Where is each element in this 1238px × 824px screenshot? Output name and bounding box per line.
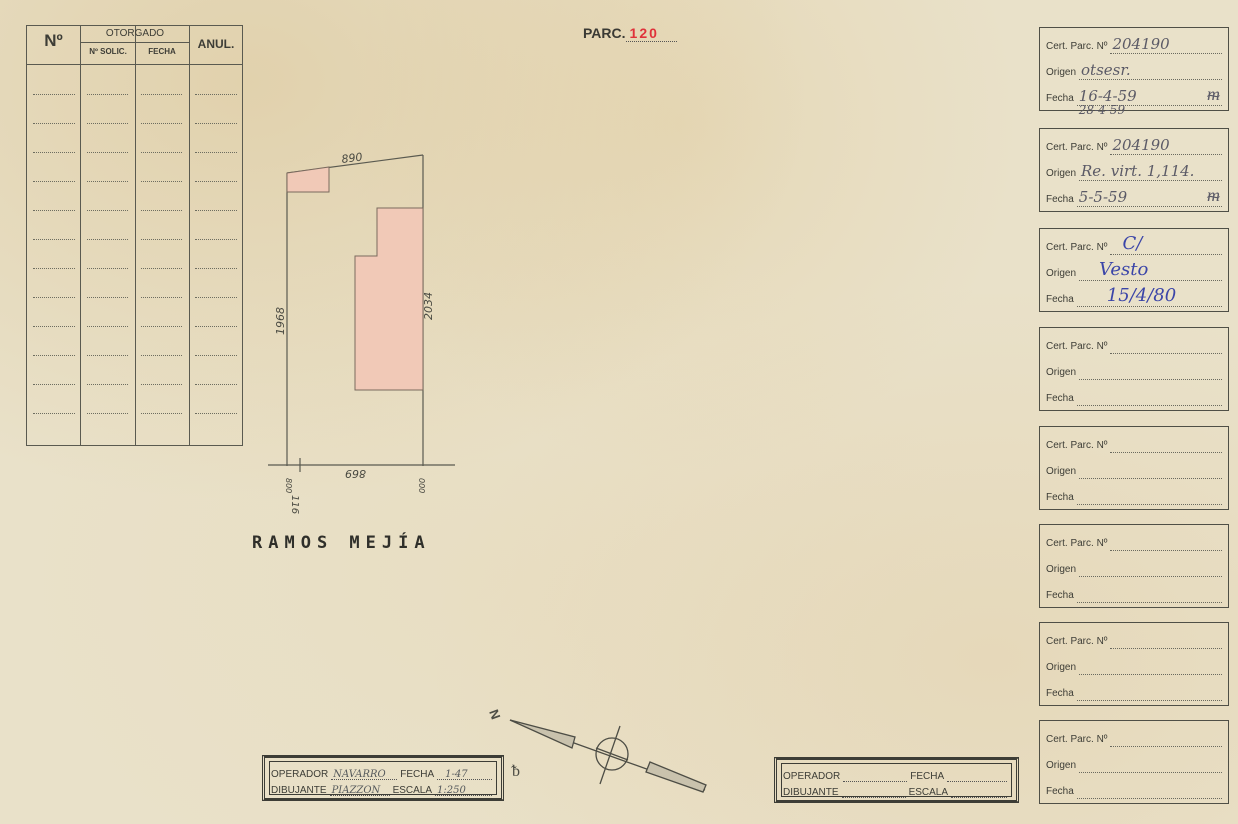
fecha-value: 5-5-59	[1079, 188, 1127, 206]
origen-field[interactable]	[1079, 656, 1222, 675]
certificate-box-8: Cert. Parc. Nº Origen Fecha	[1039, 720, 1229, 804]
origen-field[interactable]: Vesto	[1079, 262, 1222, 281]
origen-field[interactable]	[1079, 460, 1222, 479]
fecha-label: Fecha	[1046, 93, 1074, 106]
escala-label: ESCALA	[393, 785, 432, 796]
origen-field[interactable]: Re. virt. 1,114.	[1079, 162, 1222, 181]
fecha-field[interactable]	[1077, 682, 1222, 701]
dibujante-field[interactable]	[842, 783, 906, 798]
building-small	[287, 167, 329, 192]
fecha-label: Fecha	[1046, 492, 1074, 505]
fecha-field[interactable]	[1077, 780, 1222, 799]
operador-label: OPERADOR	[271, 769, 328, 780]
certificate-box-1: Cert. Parc. Nº 204190 Origen otsesr. Fec…	[1039, 27, 1229, 111]
certificate-box-6: Cert. Parc. Nº Origen Fecha	[1039, 524, 1229, 608]
origen-value: Vesto	[1099, 259, 1148, 280]
cert-number-label: Cert. Parc. Nº	[1046, 734, 1107, 747]
fecha-label: Fecha	[1046, 590, 1074, 603]
fecha-field[interactable]	[1077, 486, 1222, 505]
cert-number-field[interactable]	[1110, 434, 1222, 453]
cert-number-label: Cert. Parc. Nº	[1046, 242, 1107, 255]
operador-label: OPERADOR	[783, 771, 840, 782]
dim-bottom-left-mark: 800	[284, 478, 293, 493]
fecha-field[interactable]	[1077, 584, 1222, 603]
operador-field: NAVARRO	[331, 765, 397, 780]
operador-value: NAVARRO	[333, 769, 386, 780]
fecha-field[interactable]: 16-4-5928-4-59ᵯ	[1077, 87, 1222, 106]
cert-number-label: Cert. Parc. Nº	[1046, 142, 1107, 155]
fecha-field[interactable]	[1077, 387, 1222, 406]
fecha-label: Fecha	[1046, 688, 1074, 701]
fecha-field[interactable]: 5-5-59ᵯ	[1077, 188, 1222, 207]
fecha-field: 1-47	[437, 765, 492, 780]
dim-corner-offset: 116	[289, 495, 300, 514]
svg-text:N: N	[486, 707, 503, 721]
fecha-value: 15/4/80	[1107, 285, 1176, 306]
certificate-box-3: Cert. Parc. Nº C/ Origen Vesto Fecha 15/…	[1039, 228, 1229, 312]
cert-number-value: 204190	[1112, 136, 1169, 154]
cert-number-field[interactable]	[1110, 630, 1222, 649]
cert-number-label: Cert. Parc. Nº	[1046, 41, 1107, 54]
cert-number-field[interactable]	[1110, 335, 1222, 354]
certificate-box-5: Cert. Parc. Nº Origen Fecha	[1039, 426, 1229, 510]
cert-number-label: Cert. Parc. Nº	[1046, 341, 1107, 354]
escala-label: ESCALA	[909, 787, 948, 798]
dim-bottom-frontage: 869	[345, 467, 366, 480]
origen-value: Re. virt. 1,114.	[1081, 162, 1194, 180]
locality-label: RAMOS MEJÍA	[252, 533, 431, 553]
fecha-field[interactable]	[947, 767, 1007, 782]
cert-number-field[interactable]	[1110, 728, 1222, 747]
origen-label: Origen	[1046, 466, 1076, 479]
escala-field: 1:250	[435, 781, 492, 796]
dim-left-depth: 1968	[274, 307, 287, 335]
building-main	[355, 208, 423, 390]
dibujante-label: DIBUJANTE	[271, 785, 327, 796]
origen-label: Origen	[1046, 367, 1076, 380]
operator-box-empty: OPERADOR FECHA DIBUJANTE ESCALA	[774, 757, 1019, 803]
certificate-box-7: Cert. Parc. Nº Origen Fecha	[1039, 622, 1229, 706]
dim-top-frontage: 890	[341, 151, 363, 166]
pencil-mark: ᵬ	[511, 761, 520, 780]
fecha-label: Fecha	[1046, 194, 1074, 207]
fecha-value-secondary: 28-4-59	[1079, 103, 1125, 117]
operador-field[interactable]	[843, 767, 907, 782]
cert-number-field[interactable]: 204190	[1110, 35, 1222, 54]
cert-number-field[interactable]: 204190	[1110, 136, 1222, 155]
fecha-label: Fecha	[1046, 393, 1074, 406]
origen-label: Origen	[1046, 564, 1076, 577]
origen-label: Origen	[1046, 662, 1076, 675]
certificate-box-2: Cert. Parc. Nº 204190 Origen Re. virt. 1…	[1039, 128, 1229, 212]
cert-number-label: Cert. Parc. Nº	[1046, 636, 1107, 649]
origen-field[interactable]	[1079, 558, 1222, 577]
dibujante-value: PIAZZON	[332, 785, 381, 796]
origen-field[interactable]	[1079, 754, 1222, 773]
signature: ᵯ	[1207, 185, 1220, 206]
fecha-label: Fecha	[1046, 294, 1074, 307]
escala-field[interactable]	[951, 783, 1007, 798]
dibujante-label: DIBUJANTE	[783, 787, 839, 798]
cert-number-label: Cert. Parc. Nº	[1046, 538, 1107, 551]
cert-number-value: 204190	[1112, 35, 1169, 53]
fecha-value: 1-47	[445, 769, 467, 780]
origen-label: Origen	[1046, 760, 1076, 773]
origen-value: otsesr.	[1081, 61, 1131, 79]
certificate-box-4: Cert. Parc. Nº Origen Fecha	[1039, 327, 1229, 411]
fecha-label: Fecha	[1046, 786, 1074, 799]
fecha-label: FECHA	[400, 769, 434, 780]
cert-number-field[interactable]: C/	[1110, 236, 1222, 255]
dim-right-depth: 2034	[422, 292, 435, 320]
cert-number-field[interactable]	[1110, 532, 1222, 551]
origen-field[interactable]: otsesr.	[1079, 61, 1222, 80]
origen-label: Origen	[1046, 268, 1076, 281]
fecha-field[interactable]: 15/4/80	[1077, 288, 1222, 307]
operator-box-filled: OPERADOR NAVARRO FECHA 1-47 DIBUJANTE PI…	[262, 755, 504, 801]
origen-field[interactable]	[1079, 361, 1222, 380]
fecha-label: FECHA	[910, 771, 944, 782]
dibujante-field: PIAZZON	[330, 781, 390, 796]
escala-value: 1:250	[437, 785, 466, 796]
cert-number-value: C/	[1122, 233, 1142, 254]
signature: ᵯ	[1207, 84, 1220, 105]
origen-label: Origen	[1046, 168, 1076, 181]
dim-bottom-right-mark: 000	[417, 478, 426, 493]
origen-label: Origen	[1046, 67, 1076, 80]
cert-number-label: Cert. Parc. Nº	[1046, 440, 1107, 453]
